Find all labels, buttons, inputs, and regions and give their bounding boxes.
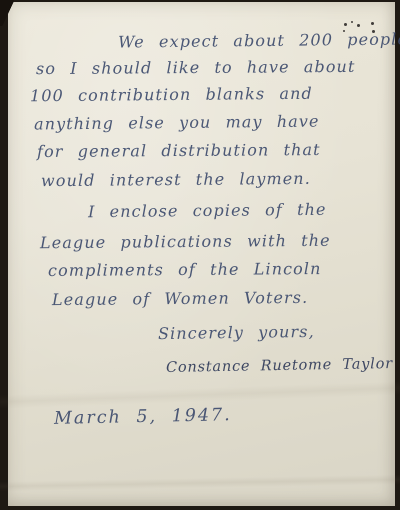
handwritten-line: so I should like to have about: [36, 57, 356, 78]
ink-speck: [357, 24, 360, 27]
handwritten-line: I enclose copies of the: [88, 200, 327, 221]
photo-backing: We expect about 200 people so I should l…: [0, 0, 400, 510]
ink-speck: [344, 23, 347, 26]
closing-line: Sincerely yours,: [158, 322, 315, 343]
handwritten-line: anything else you may have: [34, 112, 320, 134]
handwritten-line: compliments of the Lincoln: [48, 259, 322, 280]
handwritten-line: League of Women Voters.: [52, 288, 308, 309]
handwritten-line: League publications with the: [40, 231, 331, 253]
ink-speck: [371, 22, 374, 25]
ink-specks-icon: [338, 20, 380, 36]
date-line: March 5, 1947.: [54, 405, 232, 429]
ink-speck: [351, 21, 353, 23]
handwriting-layer: We expect about 200 people so I should l…: [0, 0, 400, 510]
signature: Constance Ruetome Taylor: [166, 356, 393, 376]
ink-speck: [343, 30, 345, 32]
handwritten-line: 100 contribution blanks and: [30, 84, 313, 105]
handwritten-line: for general distribution that: [37, 140, 321, 161]
handwritten-line: would interest the laymen.: [41, 169, 311, 190]
ink-speck: [372, 30, 375, 33]
